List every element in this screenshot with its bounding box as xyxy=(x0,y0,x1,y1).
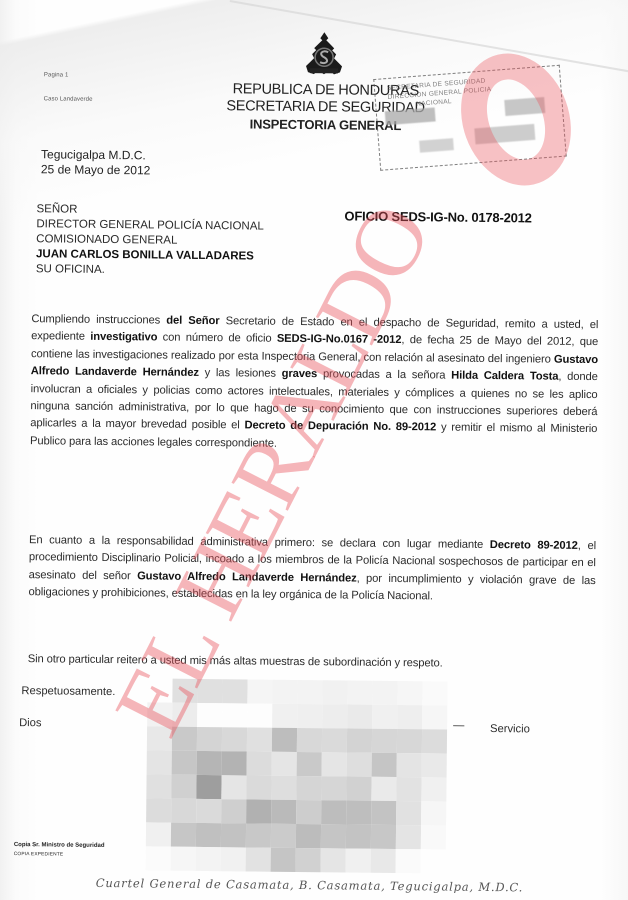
redaction-pixel xyxy=(171,775,196,799)
redaction-pixel xyxy=(347,753,372,777)
redaction-pixel xyxy=(422,753,447,777)
date: 25 de Mayo de 2012 xyxy=(41,162,151,178)
redaction-pixel xyxy=(171,847,196,871)
redaction-pixel xyxy=(222,703,247,727)
redaction-pixel xyxy=(322,680,347,704)
redaction-pixel xyxy=(372,753,397,777)
redaction-pixel xyxy=(196,823,221,847)
redaction-pixel xyxy=(296,824,321,848)
redaction-pixel xyxy=(222,679,247,703)
body-paragraph-2: En cuanto a la responsabilidad administr… xyxy=(28,532,596,608)
redaction-pixel xyxy=(297,752,322,776)
redaction-pixel xyxy=(371,825,396,849)
redaction-pixel xyxy=(147,678,172,702)
redaction-pixel xyxy=(296,776,321,800)
honduras-coat-of-arms-icon xyxy=(304,30,345,78)
redaction-pixel xyxy=(422,729,447,753)
motto-dash: — xyxy=(453,720,464,732)
redaction-pixel xyxy=(146,822,171,846)
redaction-pixel xyxy=(371,801,396,825)
redaction-pixel xyxy=(147,702,172,726)
body-paragraph-1: Cumpliendo instrucciones del Señor Secre… xyxy=(30,311,598,456)
redaction-pixel xyxy=(371,777,396,801)
redaction-pixel xyxy=(272,752,297,776)
redaction-pixel xyxy=(271,848,296,872)
redaction-pixel xyxy=(272,680,297,704)
redaction-pixel xyxy=(372,729,397,753)
cc-line-2: COPIA EXPEDIENTE xyxy=(14,850,105,861)
stamp-line-3: NACIONAL xyxy=(416,98,452,108)
place-and-date: Tegucigalpa M.D.C. 25 de Mayo de 2012 xyxy=(41,147,151,178)
stamp-redaction xyxy=(385,107,436,125)
redaction-pixel xyxy=(346,849,371,873)
redaction-pixel xyxy=(221,799,246,823)
addressee-block: SEÑOR DIRECTOR GENERAL POLICÍA NACIONAL … xyxy=(36,202,264,279)
redaction-pixel xyxy=(246,775,271,799)
redaction-pixel xyxy=(322,704,347,728)
redaction-pixel xyxy=(371,849,396,873)
redaction-pixel xyxy=(322,752,347,776)
addressee-location: SU OFICINA. xyxy=(36,262,264,279)
footer-address: Cuartel General de Casamata, B. Casamata… xyxy=(0,875,624,896)
redaction-pixel xyxy=(197,703,222,727)
redaction-pixel xyxy=(346,801,371,825)
redaction-pixel xyxy=(172,727,197,751)
redaction-pixel xyxy=(421,801,446,825)
redaction-pixel xyxy=(221,775,246,799)
page-label: Pagina 1 xyxy=(44,72,69,78)
redaction-pixel xyxy=(271,800,296,824)
redaction-pixel xyxy=(347,705,372,729)
place: Tegucigalpa M.D.C. xyxy=(41,147,151,163)
redaction-pixel xyxy=(346,777,371,801)
redaction-pixel xyxy=(297,704,322,728)
motto-right: Servicio xyxy=(490,723,530,735)
redaction-pixel xyxy=(197,751,222,775)
redaction-pixel xyxy=(322,728,347,752)
redaction-pixel xyxy=(421,849,446,873)
redaction-pixel xyxy=(397,705,422,729)
redaction-pixel xyxy=(247,751,272,775)
redaction-pixel xyxy=(396,825,421,849)
redaction-pixel xyxy=(321,776,346,800)
redaction-pixel xyxy=(146,798,171,822)
redaction-pixel xyxy=(247,703,272,727)
redaction-pixel xyxy=(171,823,196,847)
redaction-pixel xyxy=(197,727,222,751)
redaction-pixel xyxy=(246,799,271,823)
redaction-pixel xyxy=(196,799,221,823)
redaction-pixel xyxy=(247,679,272,703)
redaction-pixel xyxy=(271,824,296,848)
redaction-pixel xyxy=(397,729,422,753)
motto-left: Dios xyxy=(19,717,42,729)
redaction-pixel xyxy=(321,800,346,824)
redaction-pixel xyxy=(396,849,421,873)
redaction-pixel xyxy=(221,847,246,871)
redaction-pixel xyxy=(422,705,447,729)
redaction-pixel xyxy=(146,846,171,870)
stamp-redaction xyxy=(419,138,454,153)
redaction-pixel xyxy=(196,847,221,871)
redaction-pixel xyxy=(147,726,172,750)
redaction-pixel xyxy=(372,681,397,705)
redaction-pixel xyxy=(196,775,221,799)
body-paragraph-3: Sin otro particular reitero a usted mis … xyxy=(28,651,595,674)
redaction-pixel xyxy=(397,753,422,777)
case-label: Caso Landaverde xyxy=(44,96,93,103)
redaction-pixel xyxy=(246,823,271,847)
redaction-pixel xyxy=(396,801,421,825)
redaction-pixel xyxy=(422,681,447,705)
redaction-pixel xyxy=(321,848,346,872)
closing-salutation: Respetuosamente. xyxy=(21,685,115,698)
redaction-pixel xyxy=(396,777,421,801)
redaction-pixel xyxy=(221,823,246,847)
redaction-pixel xyxy=(296,800,321,824)
redaction-pixel xyxy=(346,825,371,849)
redaction-pixel xyxy=(397,681,422,705)
redaction-pixel xyxy=(272,728,297,752)
oficio-number: OFICIO SEDS-IG-No. 0178-2012 xyxy=(344,208,531,225)
redaction-pixel xyxy=(372,705,397,729)
redaction-pixel xyxy=(347,729,372,753)
redaction-pixel xyxy=(296,848,321,872)
redaction-pixel xyxy=(171,799,196,823)
redaction-pixel xyxy=(146,774,171,798)
redaction-pixel xyxy=(247,727,272,751)
redaction-pixel xyxy=(297,680,322,704)
redaction-pixel xyxy=(321,824,346,848)
redaction-pixel xyxy=(347,681,372,705)
redaction-pixel xyxy=(147,750,172,774)
redaction-pixel xyxy=(272,704,297,728)
redaction-pixel xyxy=(421,777,446,801)
redaction-pixel xyxy=(246,847,271,871)
redaction-pixel xyxy=(197,679,222,703)
copy-recipients: Copia Sr. Ministro de Seguridad COPIA EX… xyxy=(14,840,105,861)
redaction-pixel xyxy=(222,751,247,775)
redaction-pixel xyxy=(172,679,197,703)
redaction-pixel xyxy=(172,703,197,727)
redaction-pixel xyxy=(271,776,296,800)
redaction-pixel xyxy=(172,751,197,775)
redaction-pixel xyxy=(421,825,446,849)
redaction-pixel xyxy=(297,728,322,752)
redaction-pixel xyxy=(222,727,247,751)
